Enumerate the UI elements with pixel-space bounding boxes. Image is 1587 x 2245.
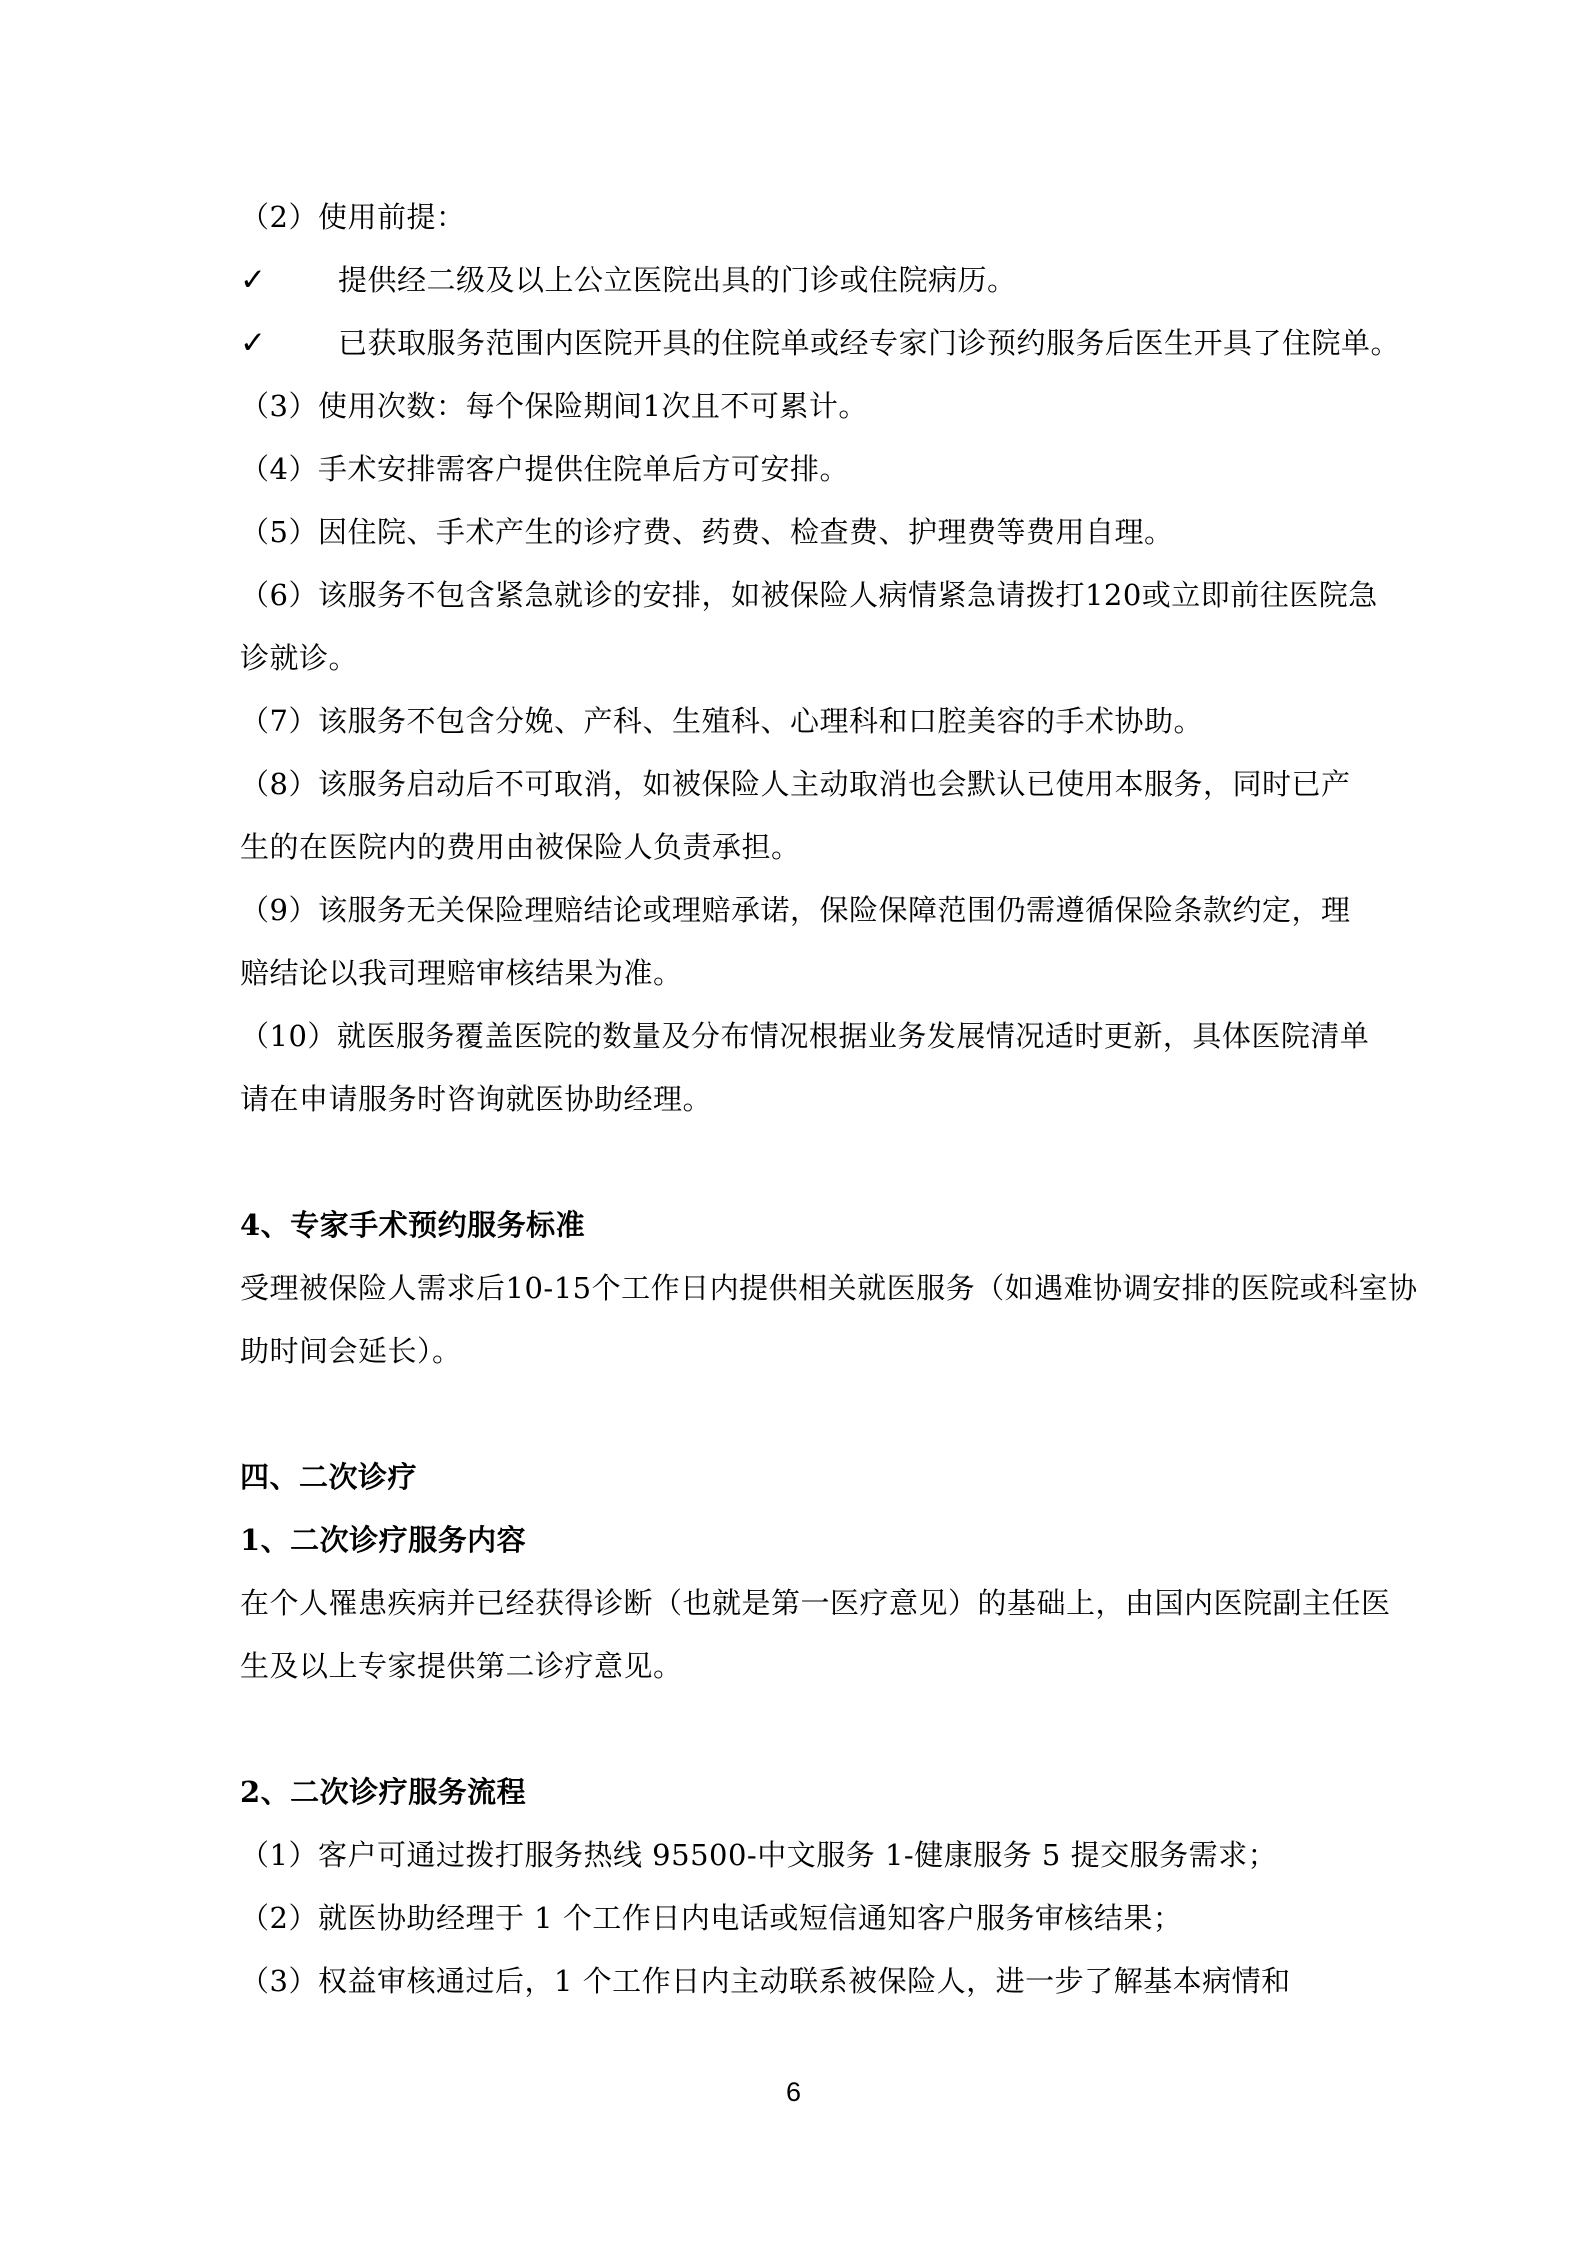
paragraph-line: （6）该服务不包含紧急就诊的安排，如被保险人病情紧急请拨打120或立即前往医院急	[240, 564, 1355, 627]
paragraph-line: （7）该服务不包含分娩、产科、生殖科、心理科和口腔美容的手术协助。	[240, 690, 1355, 753]
paragraph-line: （8）该服务启动后不可取消，如被保险人主动取消也会默认已使用本服务，同时已产	[240, 753, 1355, 816]
checklist-item: ✓已获取服务范围内医院开具的住院单或经专家门诊预约服务后医生开具了住院单。	[240, 312, 1355, 375]
section-heading: 2、二次诊疗服务流程	[240, 1761, 1355, 1824]
paragraph-line: （1）客户可通过拨打服务热线 95500-中文服务 1-健康服务 5 提交服务需…	[240, 1824, 1355, 1887]
paragraph-line: 在个人罹患疾病并已经获得诊断（也就是第一医疗意见）的基础上，由国内医院副主任医	[240, 1572, 1355, 1635]
paragraph-line: 诊就诊。	[240, 627, 1355, 690]
paragraph-line: 生及以上专家提供第二诊疗意见。	[240, 1635, 1355, 1698]
checklist-item-text: 提供经二级及以上公立医院出具的门诊或住院病历。	[338, 263, 1017, 297]
paragraph-line: （5）因住院、手术产生的诊疗费、药费、检查费、护理费等费用自理。	[240, 501, 1355, 564]
blank-line	[240, 1131, 1355, 1194]
checklist-item-text: 已获取服务范围内医院开具的住院单或经专家门诊预约服务后医生开具了住院单。	[338, 326, 1400, 360]
paragraph-line: （3）使用次数：每个保险期间1次且不可累计。	[240, 375, 1355, 438]
paragraph-line: （2）使用前提：	[240, 186, 1355, 249]
paragraph-line: （4）手术安排需客户提供住院单后方可安排。	[240, 438, 1355, 501]
paragraph-line: （2）就医协助经理于 1 个工作日内电话或短信通知客户服务审核结果；	[240, 1887, 1355, 1950]
checkmark-icon: ✓	[240, 312, 338, 375]
paragraph-line: （10）就医服务覆盖医院的数量及分布情况根据业务发展情况适时更新，具体医院清单	[240, 1005, 1355, 1068]
checkmark-icon: ✓	[240, 249, 338, 312]
checklist-item: ✓提供经二级及以上公立医院出具的门诊或住院病历。	[240, 249, 1355, 312]
paragraph-line: （3）权益审核通过后，1 个工作日内主动联系被保险人，进一步了解基本病情和	[240, 1950, 1355, 2013]
section-heading: 1、二次诊疗服务内容	[240, 1509, 1355, 1572]
paragraph-line: （9）该服务无关保险理赔结论或理赔承诺，保险保障范围仍需遵循保险条款约定，理	[240, 879, 1355, 942]
paragraph-line: 赔结论以我司理赔审核结果为准。	[240, 942, 1355, 1005]
document-page: （2）使用前提：✓提供经二级及以上公立医院出具的门诊或住院病历。✓已获取服务范围…	[0, 0, 1587, 2245]
paragraph-line: 请在申请服务时咨询就医协助经理。	[240, 1068, 1355, 1131]
blank-line	[240, 1383, 1355, 1446]
document-body: （2）使用前提：✓提供经二级及以上公立医院出具的门诊或住院病历。✓已获取服务范围…	[240, 186, 1355, 2013]
section-heading: 4、专家手术预约服务标准	[240, 1194, 1355, 1257]
page-number: 6	[0, 2072, 1587, 2112]
paragraph-line: 助时间会延长）。	[240, 1320, 1355, 1383]
paragraph-line: 生的在医院内的费用由被保险人负责承担。	[240, 816, 1355, 879]
paragraph-line: 受理被保险人需求后10-15个工作日内提供相关就医服务（如遇难协调安排的医院或科…	[240, 1257, 1355, 1320]
section-heading: 四、二次诊疗	[240, 1446, 1355, 1509]
blank-line	[240, 1698, 1355, 1761]
